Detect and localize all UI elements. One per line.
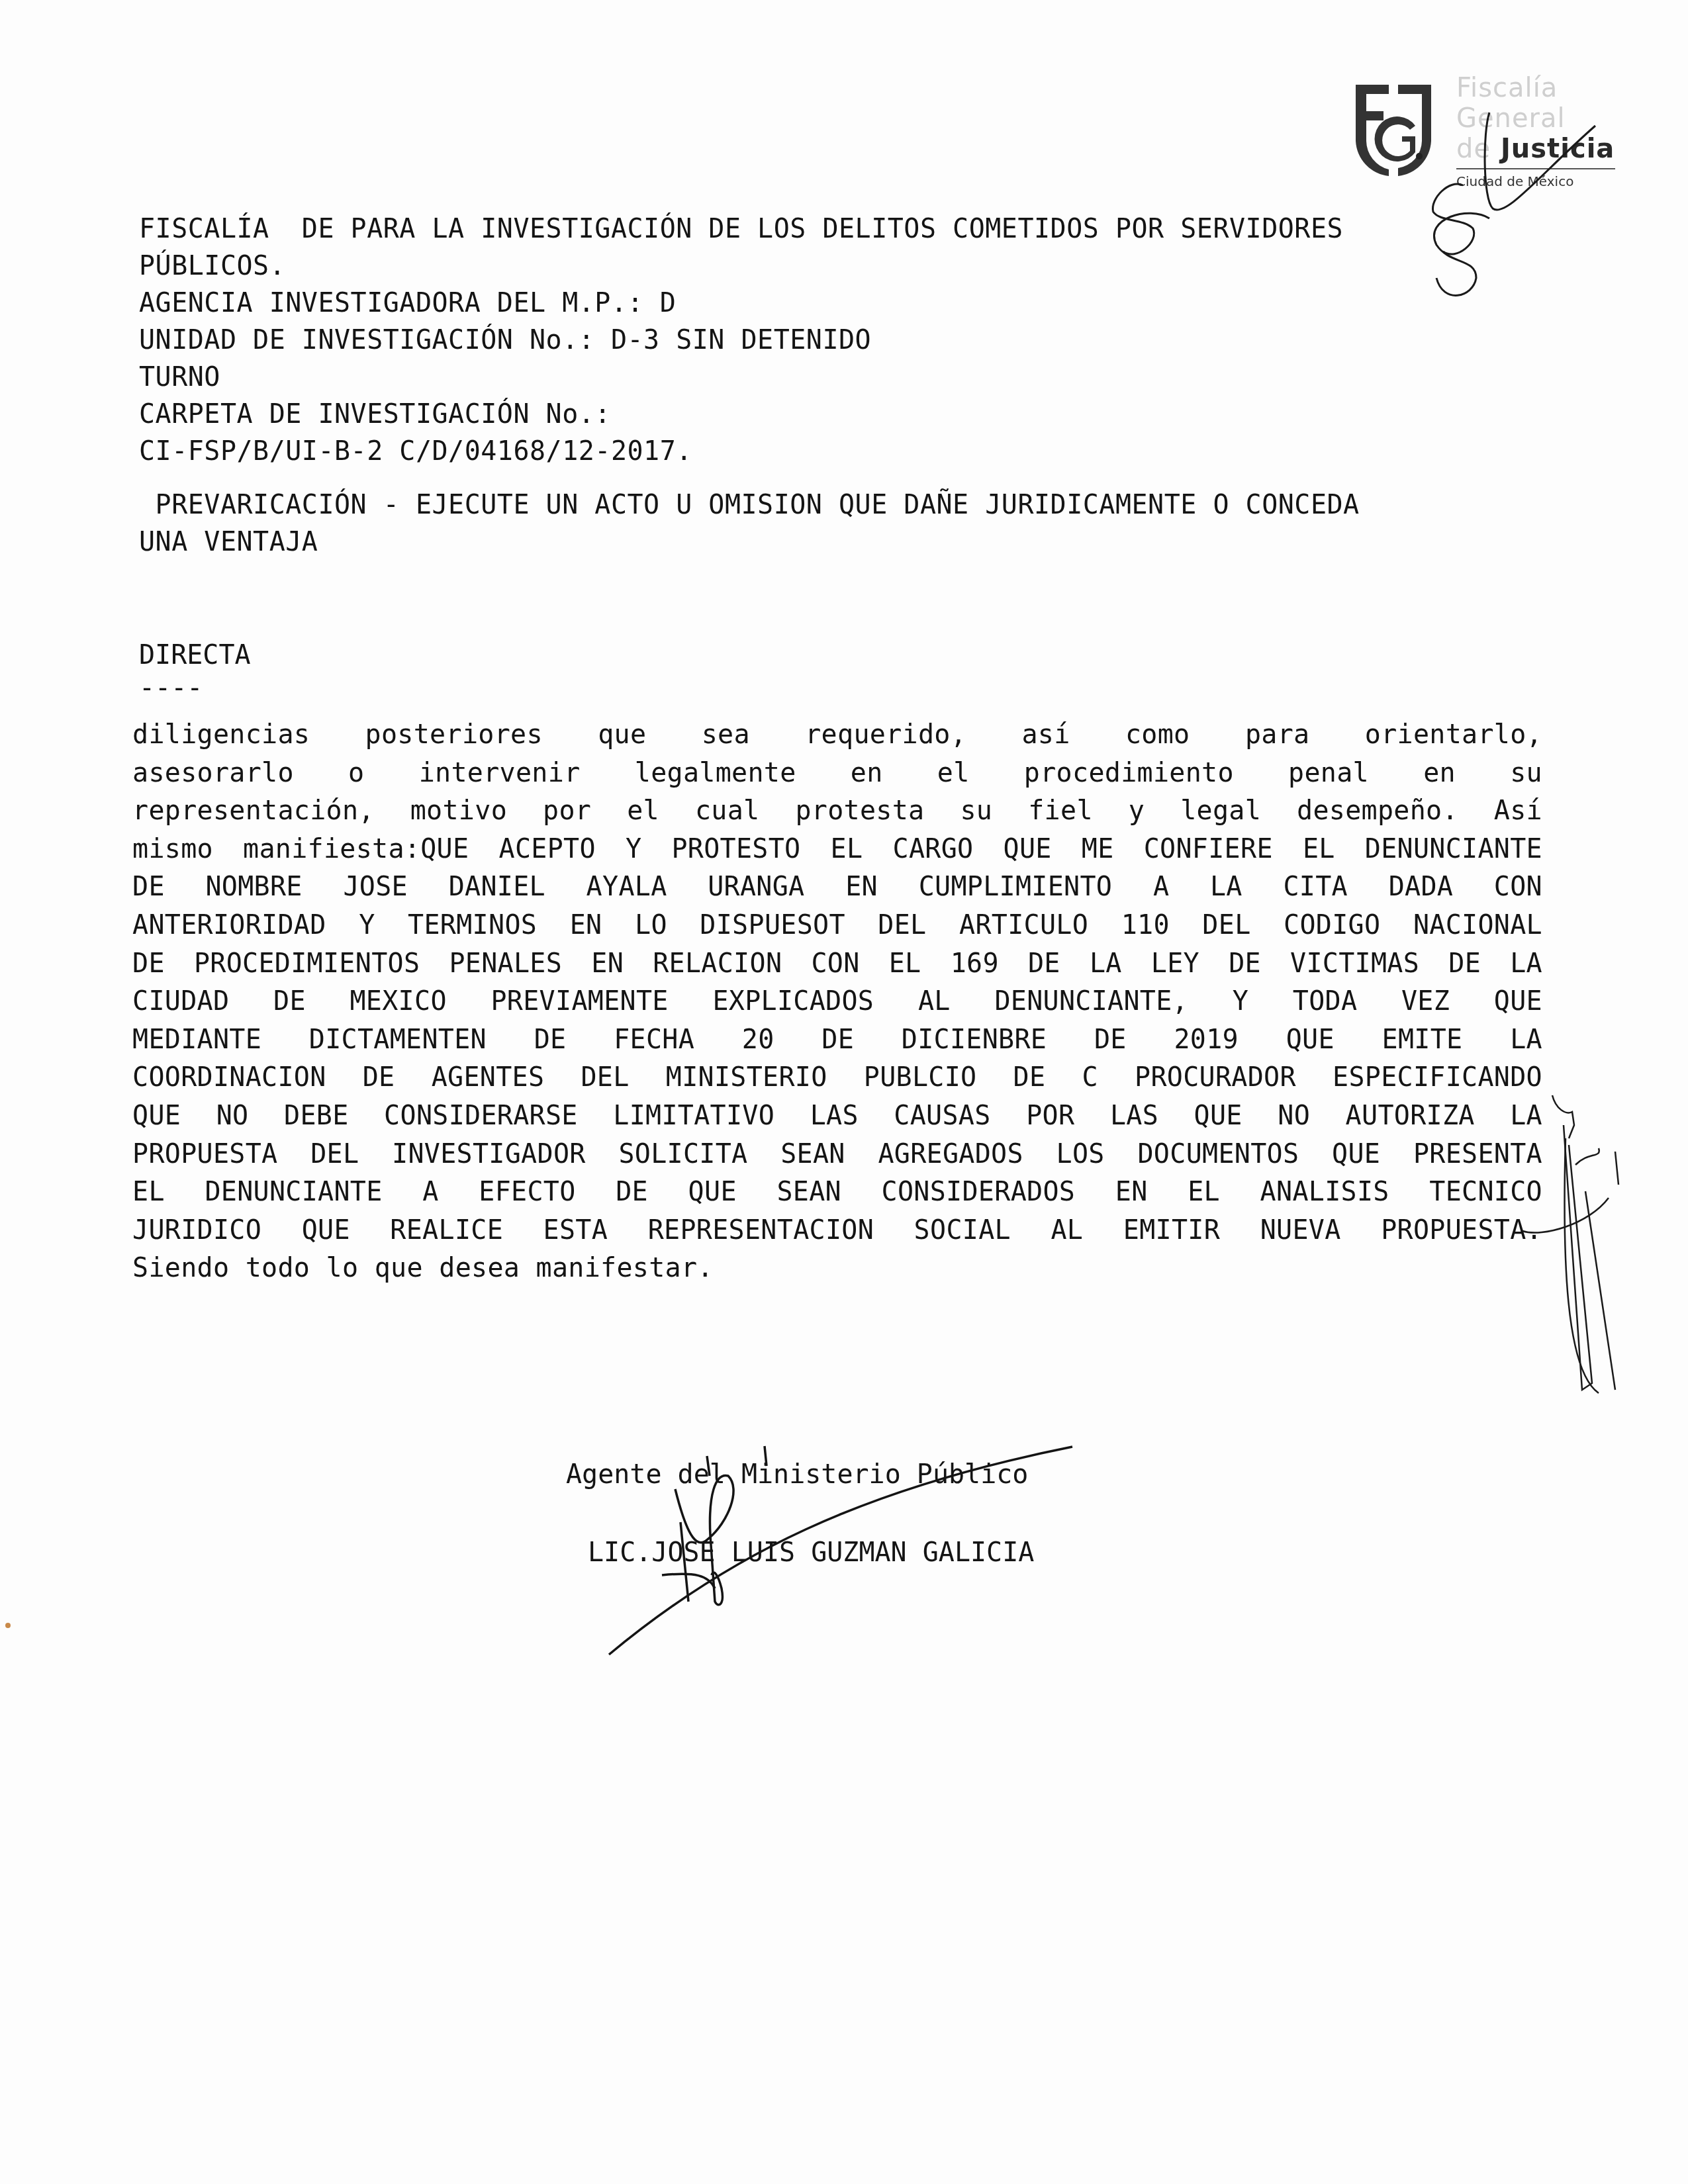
body-line-closing: Siendo todo lo que desea manifestar. — [132, 1250, 1542, 1288]
section-label: DIRECTA — [139, 637, 251, 674]
document-page: Fiscalía General de Justicia Ciudad de M… — [0, 0, 1688, 2184]
logo-line-2: General — [1456, 103, 1628, 134]
logo-line-3: de Justicia — [1456, 134, 1628, 164]
statement-body: diligencias posteriores que sea requerid… — [132, 716, 1542, 1288]
body-line: JURIDICO QUE REALICE ESTA REPRESENTACION… — [132, 1212, 1542, 1250]
header-carpeta-number: CI-FSP/B/UI-B-2 C/D/04168/12-2017. — [139, 433, 1529, 470]
header-unidad: UNIDAD DE INVESTIGACIÓN No.: D-3 SIN DET… — [139, 322, 1529, 359]
logo-de: de — [1456, 134, 1491, 164]
body-line: EL DENUNCIANTE A EFECTO DE QUE SEAN CONS… — [132, 1173, 1542, 1212]
header-agencia: AGENCIA INVESTIGADORA DEL M.P.: D — [139, 285, 1529, 322]
case-header: FISCALÍA DE PARA LA INVESTIGACIÓN DE LOS… — [139, 210, 1529, 470]
body-line: representación, motivo por el cual prote… — [132, 792, 1542, 831]
header-carpeta-label: CARPETA DE INVESTIGACIÓN No.: — [139, 396, 1529, 433]
body-line: QUE NO DEBE CONSIDERARSE LIMITATIVO LAS … — [132, 1097, 1542, 1136]
body-line: DE NOMBRE JOSE DANIEL AYALA URANGA EN CU… — [132, 868, 1542, 907]
fgj-wordmark: Fiscalía General de Justicia Ciudad de M… — [1456, 73, 1628, 189]
body-line: DE PROCEDIMIENTOS PENALES EN RELACION CO… — [132, 945, 1542, 983]
body-line: COORDINACION DE AGENTES DEL MINISTERIO P… — [132, 1059, 1542, 1097]
scan-speck — [5, 1623, 11, 1628]
header-fiscalia: FISCALÍA DE PARA LA INVESTIGACIÓN DE LOS… — [139, 210, 1529, 248]
logo-line-1: Fiscalía — [1456, 73, 1628, 103]
fgj-logo: Fiscalía General de Justicia Ciudad de M… — [1344, 73, 1628, 185]
body-line: asesorarlo o intervenir legalmente en el… — [132, 754, 1542, 793]
crime-line-2: UNA VENTAJA — [139, 523, 1529, 561]
body-line: PROPUESTA DEL INVESTIGADOR SOLICITA SEAN… — [132, 1136, 1542, 1174]
signature-name: LIC.JOSE LUIS GUZMAN GALICIA — [588, 1534, 1034, 1571]
logo-divider — [1456, 168, 1615, 169]
body-line: diligencias posteriores que sea requerid… — [132, 716, 1542, 754]
crime-line-1: PREVARICACIÓN - EJECUTE UN ACTO U OMISIO… — [139, 486, 1529, 523]
body-line: CIUDAD DE MEXICO PREVIAMENTE EXPLICADOS … — [132, 983, 1542, 1021]
header-turno: TURNO — [139, 359, 1529, 396]
section-separator: ---- — [139, 675, 203, 702]
logo-justicia: Justicia — [1501, 134, 1615, 164]
crime-description: PREVARICACIÓN - EJECUTE UN ACTO U OMISIO… — [139, 486, 1529, 561]
body-line: MEDIANTE DICTAMENTEN DE FECHA 20 DE DICI… — [132, 1021, 1542, 1060]
body-line: mismo manifiesta:QUE ACEPTO Y PROTESTO E… — [132, 831, 1542, 869]
body-line: ANTERIORIDAD Y TERMINOS EN LO DISPUESOT … — [132, 907, 1542, 945]
signature-title: Agente del Ministerio Público — [566, 1456, 1028, 1493]
logo-subtitle: Ciudad de México — [1456, 173, 1628, 189]
fgj-emblem-icon — [1350, 78, 1436, 177]
header-publicos: PÚBLICOS. — [139, 248, 1529, 285]
